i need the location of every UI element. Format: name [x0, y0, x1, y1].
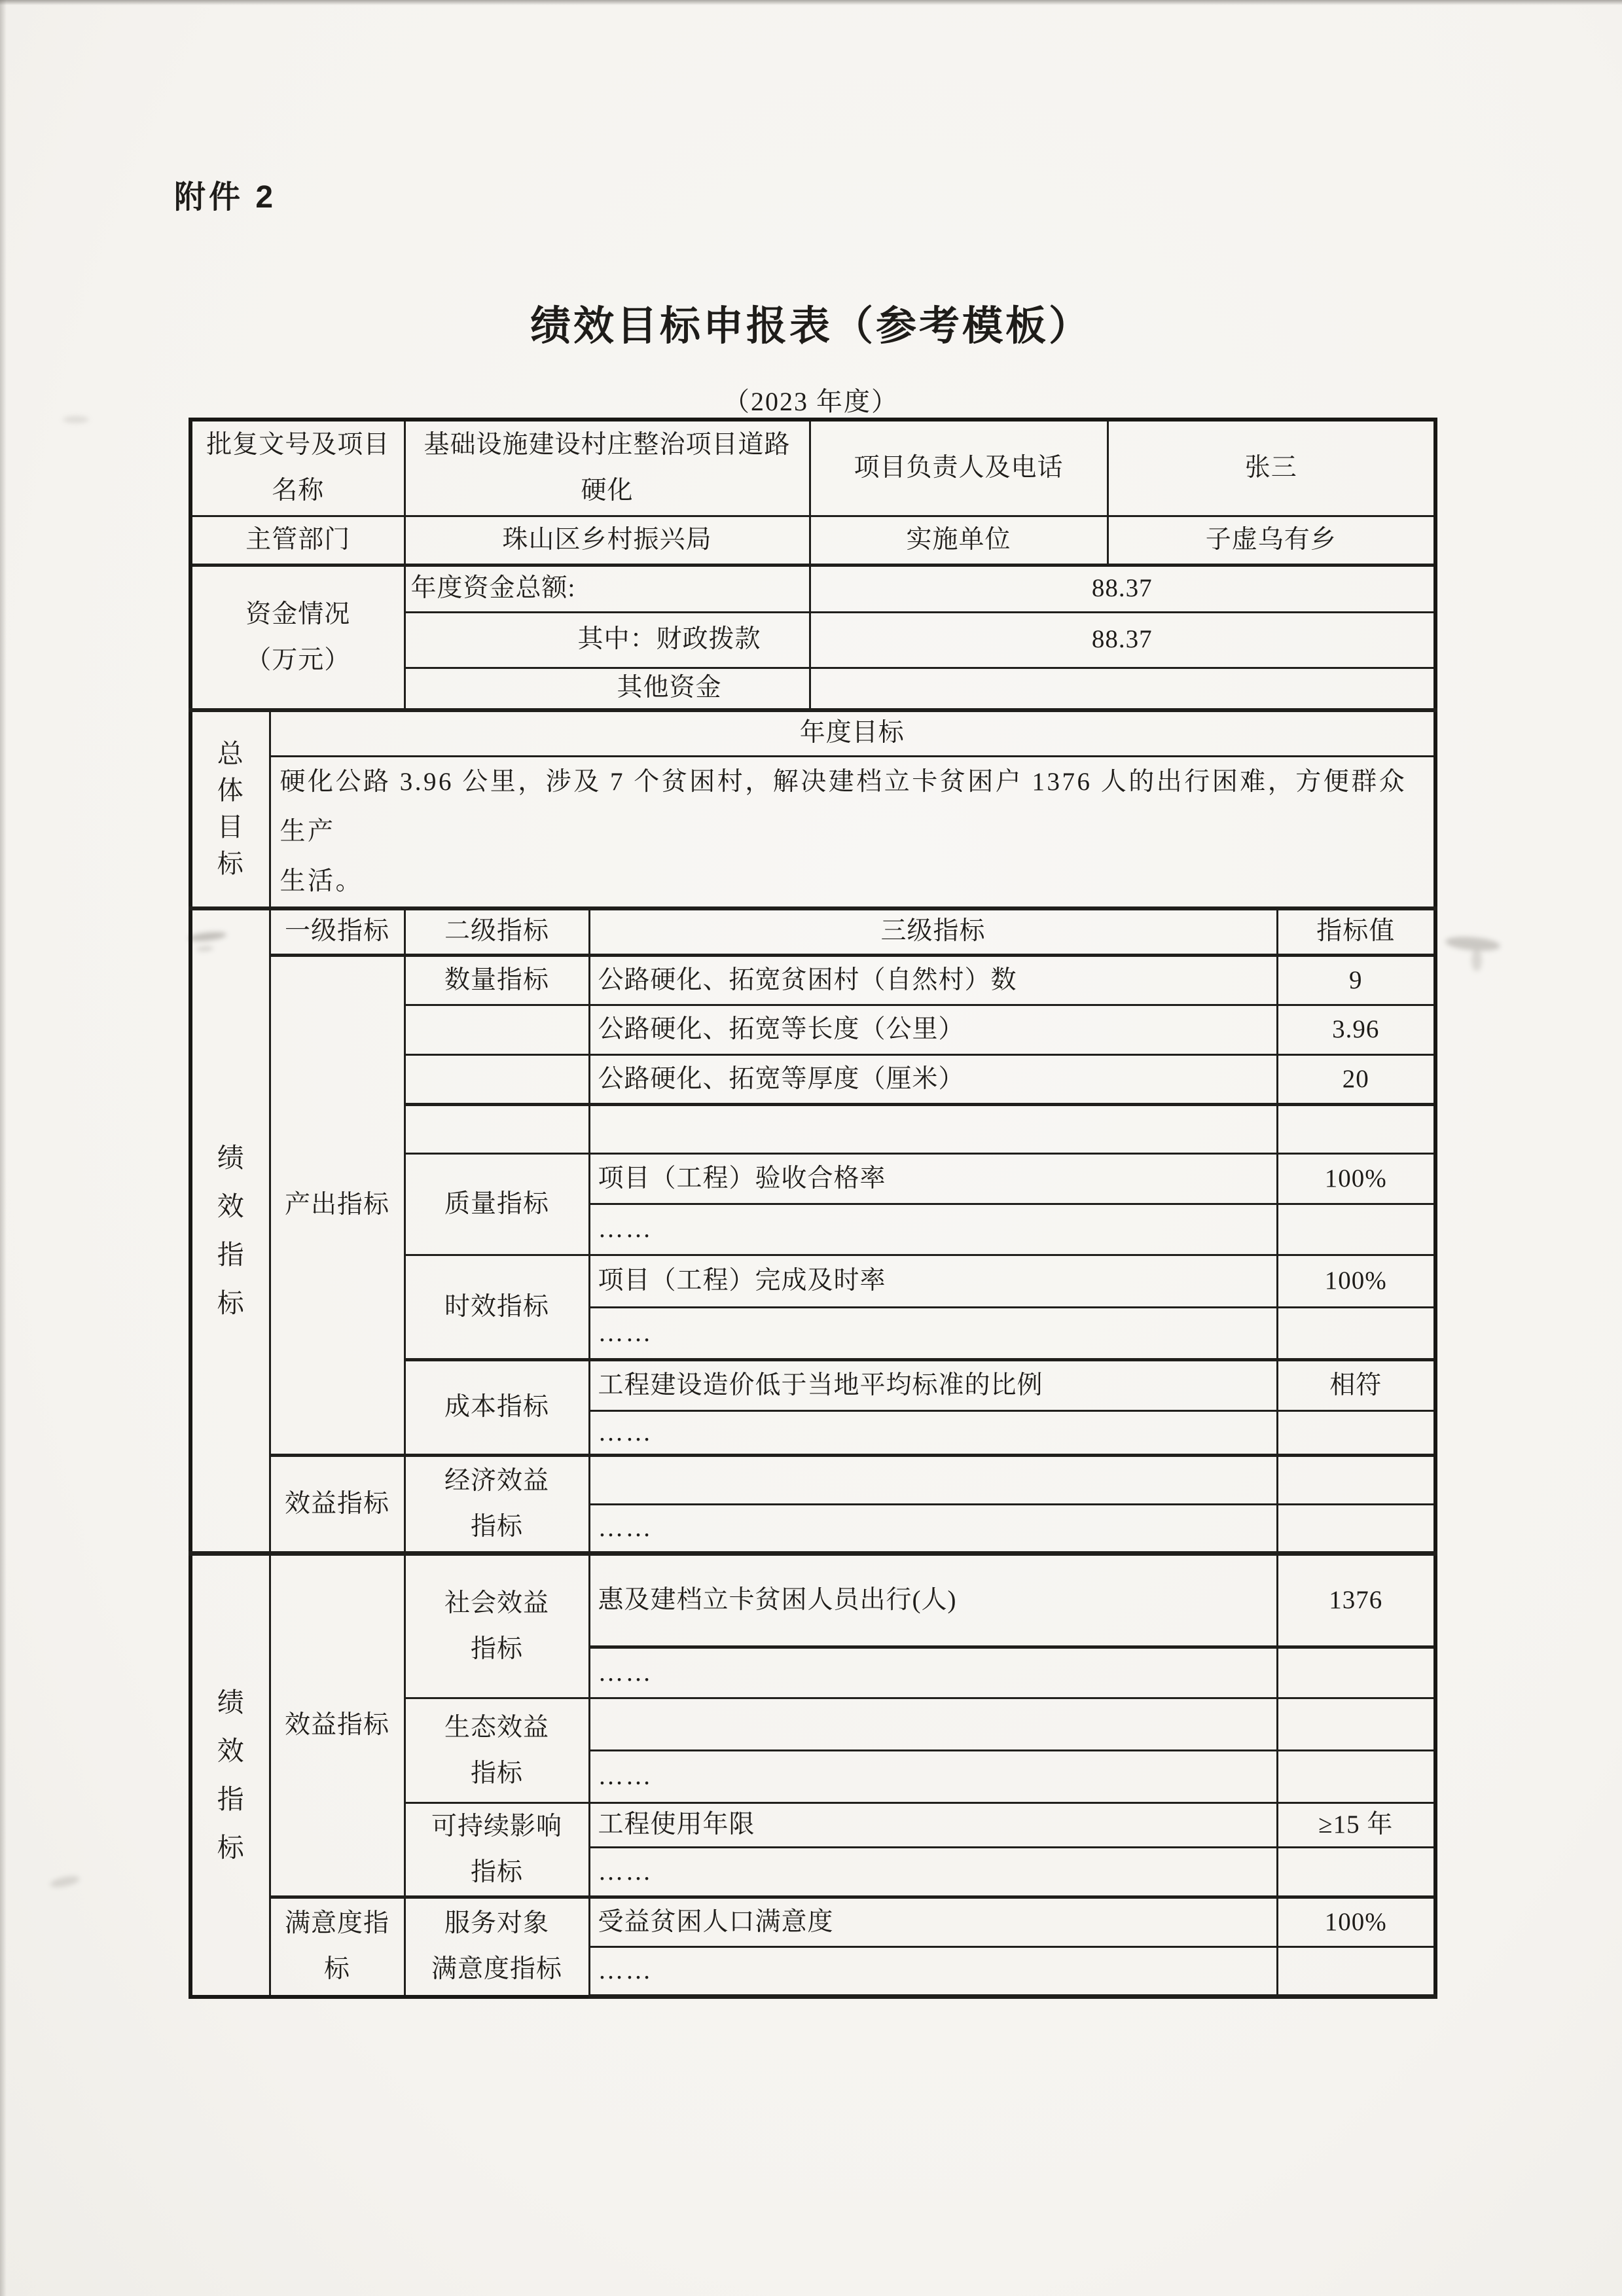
indicator-name-cell: 项目（工程）完成及时率 — [589, 1255, 1277, 1308]
performance-target-form: 批复文号及项目 名称 基础设施建设村庄整治项目道路 硬化 项目负责人及电话 张三… — [189, 418, 1437, 1999]
indicator-value-cell — [1277, 1698, 1435, 1751]
indicator-value-cell — [1277, 1647, 1435, 1698]
row-annual-goal-header: 总 体 目 标 年度目标 — [190, 710, 1435, 756]
level1-output-cell: 产出指标 — [270, 956, 405, 1456]
level1-satisfaction-cell: 满意度指 标 — [270, 1897, 405, 1997]
indicator-value-cell: ≥15 年 — [1277, 1803, 1435, 1848]
overall-goal-side-label-cell: 总 体 目 标 — [190, 710, 270, 908]
performance-side-label-cell: 绩 效 指 标 — [190, 908, 270, 1554]
approval-number-label-cell: 批复文号及项目 名称 — [190, 420, 405, 516]
funds-section-label-cell: 资金情况 （万元） — [190, 565, 405, 710]
project-leader-label-cell: 项目负责人及电话 — [810, 420, 1108, 516]
indicator-dots-cell: …… — [589, 1308, 1277, 1360]
indicator-value-cell — [1277, 1105, 1435, 1154]
performance-side-label-cell: 绩 效 指 标 — [190, 1554, 270, 1997]
indicator-name-cell — [589, 1698, 1277, 1751]
department-value-cell: 珠山区乡村振兴局 — [405, 516, 810, 565]
annual-goal-header-cell: 年度目标 — [270, 710, 1435, 756]
fiscal-allocation-value-cell: 88.37 — [810, 612, 1435, 668]
level2-social-cell: 社会效益 指标 — [405, 1554, 589, 1698]
project-leader-value-cell: 张三 — [1108, 420, 1435, 516]
level2-service-cell: 服务对象 满意度指标 — [405, 1897, 589, 1997]
row-economic-1: 效益指标 经济效益 指标 — [190, 1456, 1435, 1505]
indicator-name-cell — [589, 1456, 1277, 1505]
row-social-1: 绩 效 指 标 效益指标 社会效益 指标 惠及建档立卡贫困人员出行(人) 137… — [190, 1554, 1435, 1647]
row-department: 主管部门 珠山区乡村振兴局 实施单位 子虚乌有乡 — [190, 516, 1435, 565]
value-header-cell: 指标值 — [1277, 908, 1435, 956]
page-title: 绩效目标申报表（参考模板） — [0, 293, 1622, 351]
scan-artifact-smudge — [1471, 949, 1482, 971]
indicator-dots-cell: …… — [589, 1848, 1277, 1897]
indicator-name-cell: 项目（工程）验收合格率 — [589, 1154, 1277, 1204]
level1-benefit-cell: 效益指标 — [270, 1456, 405, 1554]
indicator-value-cell: 相符 — [1277, 1360, 1435, 1411]
indicator-name-cell: 公路硬化、拓宽贫困村（自然村）数 — [589, 956, 1277, 1005]
level2-economic-cell: 经济效益 指标 — [405, 1456, 589, 1554]
indicator-dots-cell: …… — [589, 1505, 1277, 1554]
level2-timeliness-cell: 时效指标 — [405, 1255, 589, 1360]
level2-quantity-cell: 数量指标 — [405, 956, 589, 1005]
scan-artifact-smudge — [49, 1874, 81, 1889]
scanned-form-page: { "page": { "attachment_label": "附件 2", … — [0, 0, 1622, 2296]
scan-artifact-top-edge — [0, 0, 1622, 5]
indicator-dots-cell: …… — [589, 1411, 1277, 1456]
indicator-dots-cell: …… — [589, 1751, 1277, 1803]
indicator-value-cell — [1277, 1456, 1435, 1505]
implementing-unit-value-cell: 子虚乌有乡 — [1108, 516, 1435, 565]
level1-benefit-cell: 效益指标 — [270, 1554, 405, 1897]
indicator-value-cell — [1277, 1947, 1435, 1997]
row-service-1: 满意度指 标 服务对象 满意度指标 受益贫困人口满意度 100% — [190, 1897, 1435, 1947]
annual-total-label-cell: 年度资金总额: — [405, 565, 810, 612]
level2-empty-cell — [405, 1055, 589, 1105]
implementing-unit-label-cell: 实施单位 — [810, 516, 1108, 565]
row-indicators-header: 绩 效 指 标 一级指标 二级指标 三级指标 指标值 — [190, 908, 1435, 956]
indicator-name-cell: 工程建设造价低于当地平均标准的比例 — [589, 1360, 1277, 1411]
level2-ecological-cell: 生态效益 指标 — [405, 1698, 589, 1803]
indicator-dots-cell: …… — [589, 1204, 1277, 1255]
project-name-value-cell: 基础设施建设村庄整治项目道路 硬化 — [405, 420, 810, 516]
indicator-name-cell: 工程使用年限 — [589, 1803, 1277, 1848]
other-funds-value-cell — [810, 668, 1435, 710]
level2-sustainability-cell: 可持续影响 指标 — [405, 1803, 589, 1897]
annual-goal-text-cell: 硬化公路 3.96 公里，涉及 7 个贫困村，解决建档立卡贫困户 1376 人的… — [270, 756, 1435, 908]
indicator-name-cell: 公路硬化、拓宽等厚度（厘米） — [589, 1055, 1277, 1105]
fiscal-allocation-label-cell: 其中：财政拨款 — [405, 612, 810, 668]
indicator-value-cell — [1277, 1751, 1435, 1803]
level2-header-cell: 二级指标 — [405, 908, 589, 956]
scan-artifact-smudge — [1445, 935, 1500, 952]
indicator-value-cell — [1277, 1411, 1435, 1456]
level2-empty-cell — [405, 1005, 589, 1055]
level1-header-cell: 一级指标 — [270, 908, 405, 956]
row-project-name: 批复文号及项目 名称 基础设施建设村庄整治项目道路 硬化 项目负责人及电话 张三 — [190, 420, 1435, 516]
indicator-value-cell: 3.96 — [1277, 1005, 1435, 1055]
page-subtitle: （2023 年度） — [0, 381, 1622, 418]
level2-cost-cell: 成本指标 — [405, 1360, 589, 1456]
department-label-cell: 主管部门 — [190, 516, 405, 565]
row-quantity-1: 产出指标 数量指标 公路硬化、拓宽贫困村（自然村）数 9 — [190, 956, 1435, 1005]
level2-quality-cell: 质量指标 — [405, 1154, 589, 1255]
level2-empty-cell — [405, 1105, 589, 1154]
level3-header-cell: 三级指标 — [589, 908, 1277, 956]
row-funds-total: 资金情况 （万元） 年度资金总额: 88.37 — [190, 565, 1435, 612]
indicator-name-cell: 公路硬化、拓宽等长度（公里） — [589, 1005, 1277, 1055]
indicator-value-cell: 100% — [1277, 1897, 1435, 1947]
indicator-value-cell: 20 — [1277, 1055, 1435, 1105]
indicator-value-cell: 1376 — [1277, 1554, 1435, 1647]
indicator-value-cell — [1277, 1204, 1435, 1255]
attachment-label: 附件 2 — [174, 171, 276, 217]
indicator-value-cell: 100% — [1277, 1255, 1435, 1308]
indicator-dots-cell: …… — [589, 1647, 1277, 1698]
indicator-name-cell: 受益贫困人口满意度 — [589, 1897, 1277, 1947]
indicator-value-cell — [1277, 1848, 1435, 1897]
indicator-name-cell — [589, 1105, 1277, 1154]
indicator-value-cell: 9 — [1277, 956, 1435, 1005]
indicator-name-cell: 惠及建档立卡贫困人员出行(人) — [589, 1554, 1277, 1647]
indicator-dots-cell: …… — [589, 1947, 1277, 1997]
indicator-value-cell — [1277, 1505, 1435, 1554]
row-annual-goal-text: 硬化公路 3.96 公里，涉及 7 个贫困村，解决建档立卡贫困户 1376 人的… — [190, 756, 1435, 908]
indicator-value-cell — [1277, 1308, 1435, 1360]
indicator-value-cell: 100% — [1277, 1154, 1435, 1204]
annual-total-value-cell: 88.37 — [810, 565, 1435, 612]
other-funds-label-cell: 其他资金 — [405, 668, 810, 710]
